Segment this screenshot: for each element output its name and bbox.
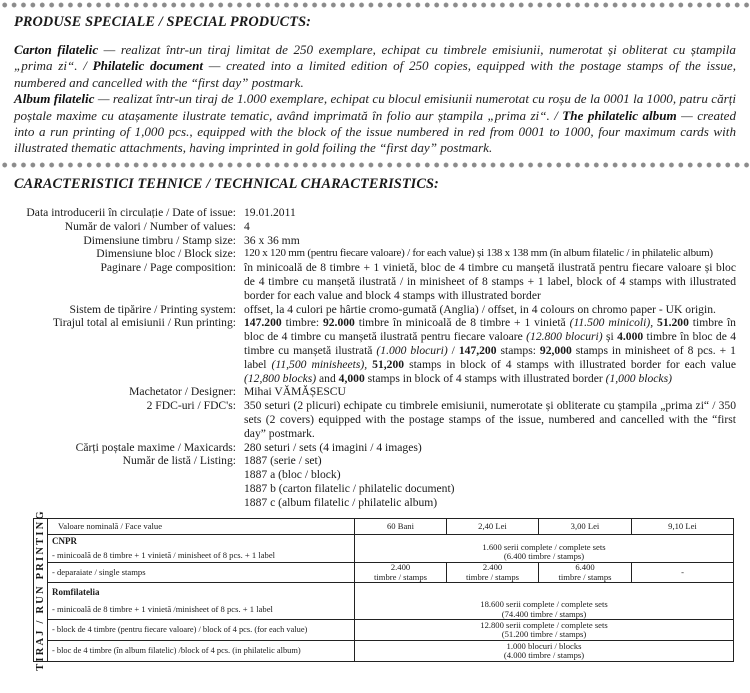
spec-fdc: 2 FDC-uri / FDC's: 350 seturi (2 plicuri… (0, 399, 750, 440)
spec-value: 147.200 timbre: 92.000 timbre în minicoa… (244, 316, 736, 385)
special-products-text: Carton filatelic — realizat într-un tira… (14, 42, 736, 157)
listing-item: 1887 b (carton filatelic / philatelic do… (244, 482, 736, 496)
spec-label: Sistem de tipărire / Printing system: (0, 303, 244, 317)
face-value-cell: 60 Bani (355, 519, 447, 535)
run-printing-side-label: TIRAJ / RUN PRINTING (34, 519, 48, 662)
spec-value: în minicoală de 8 timbre + 1 vinietă, bl… (244, 261, 736, 302)
run-total-ro: 147.200 (244, 316, 282, 329)
cnpr-minisheet-row: CNPR - minicoală de 8 timbre + 1 vinietă… (34, 535, 734, 563)
run-minisheet-ro: 92.000 (323, 316, 355, 329)
cnpr-group-label: CNPR (52, 537, 350, 547)
face-value-cell: 9,10 Lei (632, 519, 734, 535)
run-note: (11,500 minisheets), (272, 358, 368, 371)
run-text: stamps: (497, 344, 540, 357)
run-note: (11.500 minicoli), (570, 316, 654, 329)
spec-stamp-size: Dimensiune timbru / Stamp size: 36 x 36 … (0, 234, 750, 248)
romfilatelia-minisheet-row: Romfilatelia - minicoală de 8 timbre + 1… (34, 583, 734, 620)
romfilatelia-minisheet-label-cell: Romfilatelia - minicoală de 8 timbre + 1… (48, 583, 355, 620)
run-block-en: 51,200 (372, 358, 404, 371)
spec-printing-system: Sistem de tipărire / Printing system: of… (0, 303, 750, 317)
value-unit: timbre / stamps (359, 573, 442, 583)
run-total-en: 147,200 (459, 344, 497, 357)
value-line: (4.000 timbre / stamps) (359, 651, 729, 661)
cnpr-minisheet-label-cell: CNPR - minicoală de 8 timbre + 1 vinietă… (48, 535, 355, 563)
listing-item: 1887 a (bloc / block) (244, 468, 736, 482)
run-text: și (603, 330, 617, 343)
dotted-separator-middle (0, 162, 750, 168)
spec-label: Cărți poștale maxime / Maxicards: (0, 441, 244, 455)
spec-number-of-values: Număr de valori / Number of values: 4 (0, 220, 750, 234)
romfilatelia-block-label: - block de 4 timbre (pentru fiecare valo… (48, 620, 355, 641)
run-album-ro: 4.000 (617, 330, 643, 343)
spec-label: Dimensiune bloc / Block size: (0, 247, 244, 261)
special-products-title: PRODUSE SPECIALE / SPECIAL PRODUCTS: (14, 14, 311, 31)
spec-label: Machetator / Designer: (0, 385, 244, 399)
spec-value: Mihai VĂMĂȘESCU (244, 385, 736, 399)
spec-listing: Număr de listă / Listing: 1887 (serie / … (0, 454, 750, 509)
spec-value: 280 seturi / sets (4 imagini / 4 images) (244, 441, 736, 455)
run-text: stamps in block of 4 stamps with illustr… (365, 372, 606, 385)
dotted-separator-top (0, 2, 750, 8)
single-value-cell: 6.400 timbre / stamps (539, 563, 632, 583)
spec-label: Tirajul total al emisiunii / Run printin… (0, 316, 244, 385)
album-name-ro: Album filatelic (14, 91, 94, 106)
face-value-cell: 2,40 Lei (447, 519, 539, 535)
carton-name-ro: Carton filatelic (14, 42, 98, 57)
run-text: and (316, 372, 339, 385)
spec-run-printing: Tirajul total al emisiunii / Run printin… (0, 316, 750, 385)
value-line: (51.200 timbre / stamps) (359, 630, 729, 640)
value-unit: timbre / stamps (451, 573, 534, 583)
single-value-cell: - (632, 563, 734, 583)
technical-title: CARACTERISTICI TEHNICE / TECHNICAL CHARA… (14, 176, 439, 193)
run-note: (12,800 blocks) (244, 372, 316, 385)
spec-value: 1887 (serie / set) 1887 a (bloc / block)… (244, 454, 736, 509)
spec-label: Dimensiune timbru / Stamp size: (0, 234, 244, 248)
side-label-text: TIRAJ / RUN PRINTING (36, 509, 46, 671)
run-text: / (448, 344, 459, 357)
spec-label: Număr de listă / Listing: (0, 454, 244, 509)
spec-date-of-issue: Data introducerii în circulație / Date o… (0, 206, 750, 220)
value-line: (74.400 timbre / stamps) (359, 610, 729, 620)
cnpr-minisheet-value: 1.600 serii complete / complete sets (6.… (355, 535, 734, 563)
spec-value: offset, la 4 culori pe hârtie cromo-guma… (244, 303, 736, 317)
value-qty: - (681, 567, 684, 577)
spec-value: 120 x 120 mm (pentru fiecare valoare) / … (244, 247, 736, 261)
listing-item: 1887 c (album filatelic / philatelic alb… (244, 496, 736, 510)
album-name-en: The philatelic album (562, 108, 676, 123)
spec-label: Paginare / Page composition: (0, 261, 244, 302)
cnpr-single-label: - deparaiate / single stamps (48, 563, 355, 583)
spec-page-composition: Paginare / Page composition: în minicoal… (0, 261, 750, 302)
value-line: (6.400 timbre / stamps) (359, 552, 729, 562)
romfilatelia-block-row: - block de 4 timbre (pentru fiecare valo… (34, 620, 734, 641)
spec-maxicards: Cărți poștale maxime / Maxicards: 280 se… (0, 441, 750, 455)
romfilatelia-album-label: - bloc de 4 timbre (în album filatelic) … (48, 641, 355, 662)
romfilatelia-album-row: - bloc de 4 timbre (în album filatelic) … (34, 641, 734, 662)
run-note: (1.000 blocuri) (376, 344, 447, 357)
run-album-en: 4,000 (339, 372, 365, 385)
run-text: stamps in block of 4 stamps with illustr… (404, 358, 736, 371)
spec-block-size: Dimensiune bloc / Block size: 120 x 120 … (0, 247, 750, 261)
carton-paragraph: Carton filatelic — realizat într-un tira… (14, 42, 736, 90)
face-value-cell: 3,00 Lei (539, 519, 632, 535)
face-value-label: Valoare nominală / Face value (48, 519, 355, 535)
spec-value: 350 seturi (2 plicuri) echipate cu timbr… (244, 399, 736, 440)
album-paragraph: Album filatelic — realizat într-un tiraj… (14, 91, 736, 155)
spec-value: 19.01.2011 (244, 206, 736, 220)
romfilatelia-minisheet-value: 18.600 serii complete / complete sets (7… (355, 583, 734, 620)
romfilatelia-album-value: 1.000 blocuri / blocks (4.000 timbre / s… (355, 641, 734, 662)
spec-value: 4 (244, 220, 736, 234)
face-value-row: TIRAJ / RUN PRINTING Valoare nominală / … (34, 519, 734, 535)
spec-designer: Machetator / Designer: Mihai VĂMĂȘESCU (0, 385, 750, 399)
run-minisheet-en: 92,000 (540, 344, 572, 357)
cnpr-minisheet-label: - minicoală de 8 timbre + 1 vinietă / mi… (52, 550, 275, 560)
run-note: (12.800 blocuri) (526, 330, 602, 343)
technical-specs: Data introducerii în circulație / Date o… (0, 206, 750, 510)
value-unit: timbre / stamps (543, 573, 627, 583)
spec-label: 2 FDC-uri / FDC's: (0, 399, 244, 440)
romfilatelia-group-label: Romfilatelia (52, 588, 350, 598)
carton-name-en: Philatelic document (93, 58, 203, 73)
run-printing-table: TIRAJ / RUN PRINTING Valoare nominală / … (33, 518, 734, 662)
spec-label: Data introducerii în circulație / Date o… (0, 206, 244, 220)
listing-item: 1887 (serie / set) (244, 454, 736, 468)
romfilatelia-block-value: 12.800 serii complete / complete sets (5… (355, 620, 734, 641)
romfilatelia-minisheet-label: - minicoală de 8 timbre + 1 vinietă /min… (52, 604, 273, 614)
run-text: timbre în minicoală de 8 timbre + 1 vini… (355, 316, 570, 329)
single-value-cell: 2.400 timbre / stamps (447, 563, 539, 583)
spec-label: Număr de valori / Number of values: (0, 220, 244, 234)
single-value-cell: 2.400 timbre / stamps (355, 563, 447, 583)
cnpr-single-row: - deparaiate / single stamps 2.400 timbr… (34, 563, 734, 583)
run-block-ro: 51.200 (657, 316, 689, 329)
run-text: timbre: (282, 316, 323, 329)
run-note: (1,000 blocks) (606, 372, 672, 385)
spec-value: 36 x 36 mm (244, 234, 736, 248)
